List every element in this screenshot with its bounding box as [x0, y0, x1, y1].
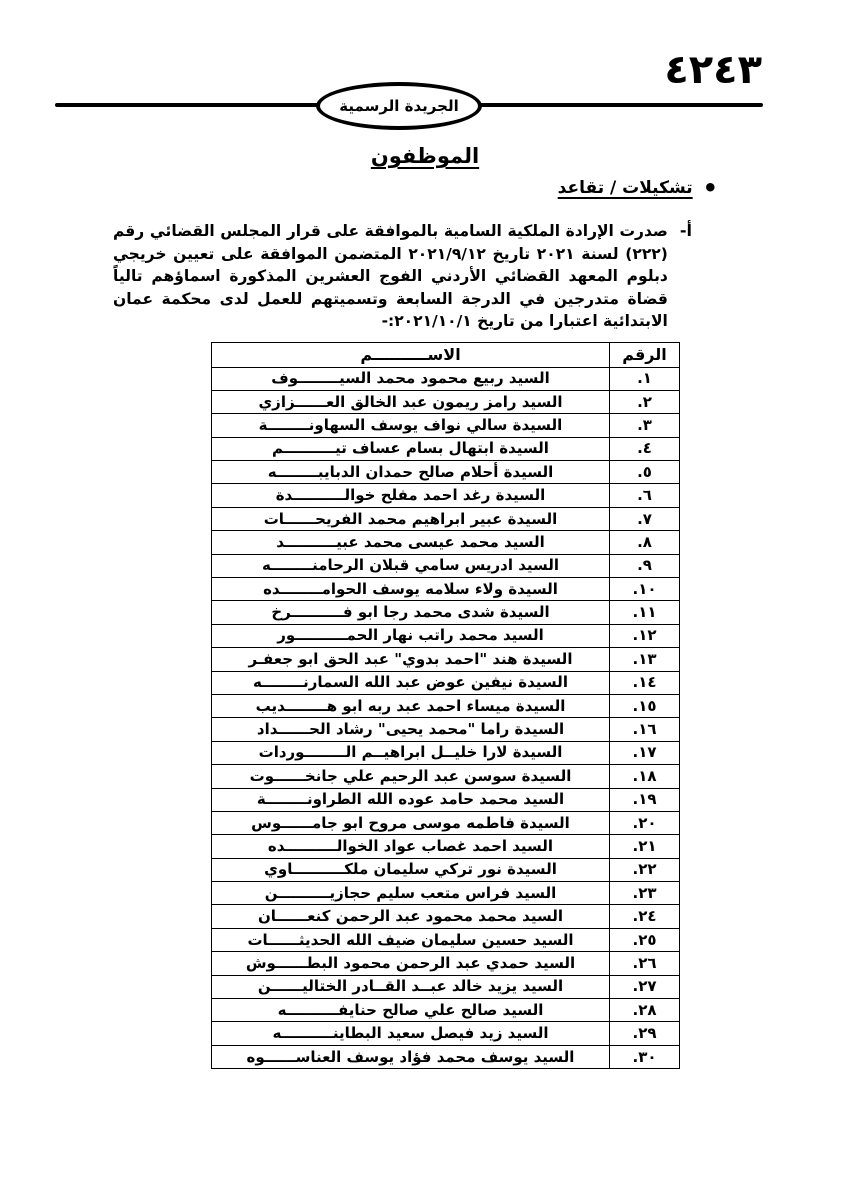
row-number: ١١. — [610, 601, 680, 624]
row-number: ٢٩. — [610, 1022, 680, 1045]
column-header-number: الرقم — [610, 342, 680, 367]
row-name: السيدة نور تركي سليمان ملكــــــــــاوي — [212, 858, 610, 881]
clause-text: صدرت الإرادة الملكية السامية بالموافقة ع… — [113, 220, 668, 333]
row-number: ٥. — [610, 461, 680, 484]
row-name: السيد صالح علي صالح حنايفــــــــــه — [212, 999, 610, 1022]
row-name: السيدة رغد احمد مفلح خوالــــــــــدة — [212, 484, 610, 507]
row-name: السيد رامز ريمون عبد الخالق العــــــزاز… — [212, 390, 610, 413]
table-row: ١٨. السيدة سوسن عبد الرحيم علي جانخـــــ… — [212, 765, 680, 788]
row-name: السيدة ميساء احمد عبد ربه ابو هــــــــد… — [212, 694, 610, 717]
row-name: السيدة لارا خليــل ابراهيــم الــــــــو… — [212, 741, 610, 764]
table-row: ٢٤. السيد محمد محمود عبد الرحمن كنعـــــ… — [212, 905, 680, 928]
row-name: السيدة هند "احمد بدوي" عبد الحق ابو جعفـ… — [212, 648, 610, 671]
row-name: السيد فراس متعب سليم حجازيــــــــــن — [212, 882, 610, 905]
page-header: ٤٢٤٣ الجريدة الرسمية — [0, 0, 850, 132]
table-row: ٦. السيدة رغد احمد مفلح خوالــــــــــدة — [212, 484, 680, 507]
row-name: السيد يزيد خالد عبــد القــادر الختاليــ… — [212, 975, 610, 998]
table-row: ٤. السيدة ابتهال بسام عساف تيــــــــــم — [212, 437, 680, 460]
table-row: ١٩. السيد محمد حامد عوده الله الطراونـــ… — [212, 788, 680, 811]
names-table-head: الرقم الاســــــــــم — [212, 342, 680, 367]
row-name: السيدة فاطمه موسى مروح ابو جامــــــوس — [212, 811, 610, 834]
row-name: السيدة عبير ابراهيم محمد الفريحــــــات — [212, 507, 610, 530]
table-row: ١٠. السيدة ولاء سلامه يوسف الحوامـــــــ… — [212, 578, 680, 601]
row-name: السيد حمدي عبد الرحمن محمود البطــــــوش — [212, 952, 610, 975]
row-number: ٧. — [610, 507, 680, 530]
table-row: ٢٢. السيدة نور تركي سليمان ملكــــــــــ… — [212, 858, 680, 881]
row-number: ٢٠. — [610, 811, 680, 834]
gazette-page: { "colors": { "ink": "#000000", "paper":… — [0, 0, 850, 1192]
table-row: ١٧. السيدة لارا خليــل ابراهيــم الـــــ… — [212, 741, 680, 764]
row-name: السيد محمد عيسى محمد عبيــــــــــد — [212, 531, 610, 554]
row-number: ٢١. — [610, 835, 680, 858]
row-number: ٢٦. — [610, 952, 680, 975]
table-row: ٢٣. السيد فراس متعب سليم حجازيــــــــــ… — [212, 882, 680, 905]
column-header-name: الاســــــــــم — [212, 342, 610, 367]
table-row: ٨. السيد محمد عيسى محمد عبيــــــــــد — [212, 531, 680, 554]
row-name: السيد محمد راتب نهار الحمــــــــــور — [212, 624, 610, 647]
bullet-dot-icon: • — [703, 176, 718, 200]
row-name: السيد محمد محمود عبد الرحمن كنعــــــان — [212, 905, 610, 928]
table-row: ٥. السيدة أحلام صالح حمدان الدبايبــــــ… — [212, 461, 680, 484]
row-number: ٨. — [610, 531, 680, 554]
row-name: السيد حسين سليمان ضيف الله الحديثــــــا… — [212, 928, 610, 951]
row-number: ١٥. — [610, 694, 680, 717]
table-row: ١٦. السيدة راما "محمد يحيى" رشاد الحــــ… — [212, 718, 680, 741]
bullet-label: تشكيلات / تقاعد — [558, 178, 693, 198]
row-number: ٣. — [610, 414, 680, 437]
row-name: السيدة ولاء سلامه يوسف الحوامــــــــده — [212, 578, 610, 601]
row-number: ٢٢. — [610, 858, 680, 881]
table-row: ٢٦. السيد حمدي عبد الرحمن محمود البطــــ… — [212, 952, 680, 975]
table-row: ٣٠. السيد يوسف محمد فؤاد يوسف العناســــ… — [212, 1045, 680, 1068]
row-name: السيدة سوسن عبد الرحيم علي جانخــــــوت — [212, 765, 610, 788]
table-row: ٩. السيد ادريس سامي قبلان الرحامنـــــــ… — [212, 554, 680, 577]
row-name: السيد ادريس سامي قبلان الرحامنــــــــه — [212, 554, 610, 577]
row-number: ٢٣. — [610, 882, 680, 905]
row-number: ٣٠. — [610, 1045, 680, 1068]
row-number: ١٣. — [610, 648, 680, 671]
row-number: ١٠. — [610, 578, 680, 601]
row-number: ١٢. — [610, 624, 680, 647]
table-row: ١١. السيدة شدى محمد رجا ابو فــــــــــر… — [212, 601, 680, 624]
names-table: الرقم الاســــــــــم ١. السيد ربيع محمو… — [211, 342, 680, 1070]
gazette-badge-label: الجريدة الرسمية — [339, 97, 458, 115]
section-title: الموظفون — [371, 144, 479, 168]
row-name: السيدة سالي نواف يوسف السهاونــــــــة — [212, 414, 610, 437]
table-row: ٢٠. السيدة فاطمه موسى مروح ابو جامــــــ… — [212, 811, 680, 834]
row-number: ٢٤. — [610, 905, 680, 928]
row-number: ١٨. — [610, 765, 680, 788]
row-name: السيد ربيع محمود محمد السيــــــــوف — [212, 367, 610, 390]
clause-marker: أ- — [680, 220, 692, 243]
row-name: السيد محمد حامد عوده الله الطراونـــــــ… — [212, 788, 610, 811]
table-row: ٢٥. السيد حسين سليمان ضيف الله الحديثـــ… — [212, 928, 680, 951]
table-row: ٧. السيدة عبير ابراهيم محمد الفريحــــــ… — [212, 507, 680, 530]
row-number: ٤. — [610, 437, 680, 460]
row-number: ١٧. — [610, 741, 680, 764]
table-row: ١٤. السيدة نيفين عوض عبد الله السمارنـــ… — [212, 671, 680, 694]
row-name: السيدة أحلام صالح حمدان الدبايبــــــــه — [212, 461, 610, 484]
table-row: ٣. السيدة سالي نواف يوسف السهاونــــــــ… — [212, 414, 680, 437]
section-title-wrap: الموظفون — [0, 144, 850, 168]
table-row: ٢٩. السيد زيد فيصل سعيد البطاينـــــــــ… — [212, 1022, 680, 1045]
table-header-row: الرقم الاســــــــــم — [212, 342, 680, 367]
row-number: ٢٨. — [610, 999, 680, 1022]
table-row: ١. السيد ربيع محمود محمد السيــــــــوف — [212, 367, 680, 390]
gazette-badge: الجريدة الرسمية — [316, 82, 482, 130]
row-number: ٦. — [610, 484, 680, 507]
row-number: ١. — [610, 367, 680, 390]
clause-a: أ- صدرت الإرادة الملكية السامية بالموافق… — [0, 220, 850, 333]
row-name: السيدة شدى محمد رجا ابو فــــــــــرخ — [212, 601, 610, 624]
names-table-body: ١. السيد ربيع محمود محمد السيــــــــوف … — [212, 367, 680, 1069]
row-number: ٩. — [610, 554, 680, 577]
table-row: ٢٧. السيد يزيد خالد عبــد القــادر الختا… — [212, 975, 680, 998]
row-number: ٢٧. — [610, 975, 680, 998]
table-row: ١٥. السيدة ميساء احمد عبد ربه ابو هـــــ… — [212, 694, 680, 717]
row-name: السيدة راما "محمد يحيى" رشاد الحــــــدا… — [212, 718, 610, 741]
row-name: السيد يوسف محمد فؤاد يوسف العناســــــوه — [212, 1045, 610, 1068]
row-number: ٢٥. — [610, 928, 680, 951]
table-row: ٢٨. السيد صالح علي صالح حنايفــــــــــه — [212, 999, 680, 1022]
page-number: ٤٢٤٣ — [664, 50, 762, 90]
table-row: ٢١. السيد احمد غصاب عواد الخوالـــــــــ… — [212, 835, 680, 858]
table-row: ٢. السيد رامز ريمون عبد الخالق العــــــ… — [212, 390, 680, 413]
row-number: ٢. — [610, 390, 680, 413]
row-number: ١٦. — [610, 718, 680, 741]
table-row: ١٣. السيدة هند "احمد بدوي" عبد الحق ابو … — [212, 648, 680, 671]
row-name: السيد زيد فيصل سعيد البطاينــــــــــه — [212, 1022, 610, 1045]
table-row: ١٢. السيد محمد راتب نهار الحمــــــــــو… — [212, 624, 680, 647]
row-name: السيدة نيفين عوض عبد الله السمارنـــــــ… — [212, 671, 610, 694]
row-number: ١٩. — [610, 788, 680, 811]
row-number: ١٤. — [610, 671, 680, 694]
row-name: السيد احمد غصاب عواد الخوالــــــــــده — [212, 835, 610, 858]
bullet-line: • تشكيلات / تقاعد — [0, 176, 850, 200]
row-name: السيدة ابتهال بسام عساف تيــــــــــم — [212, 437, 610, 460]
